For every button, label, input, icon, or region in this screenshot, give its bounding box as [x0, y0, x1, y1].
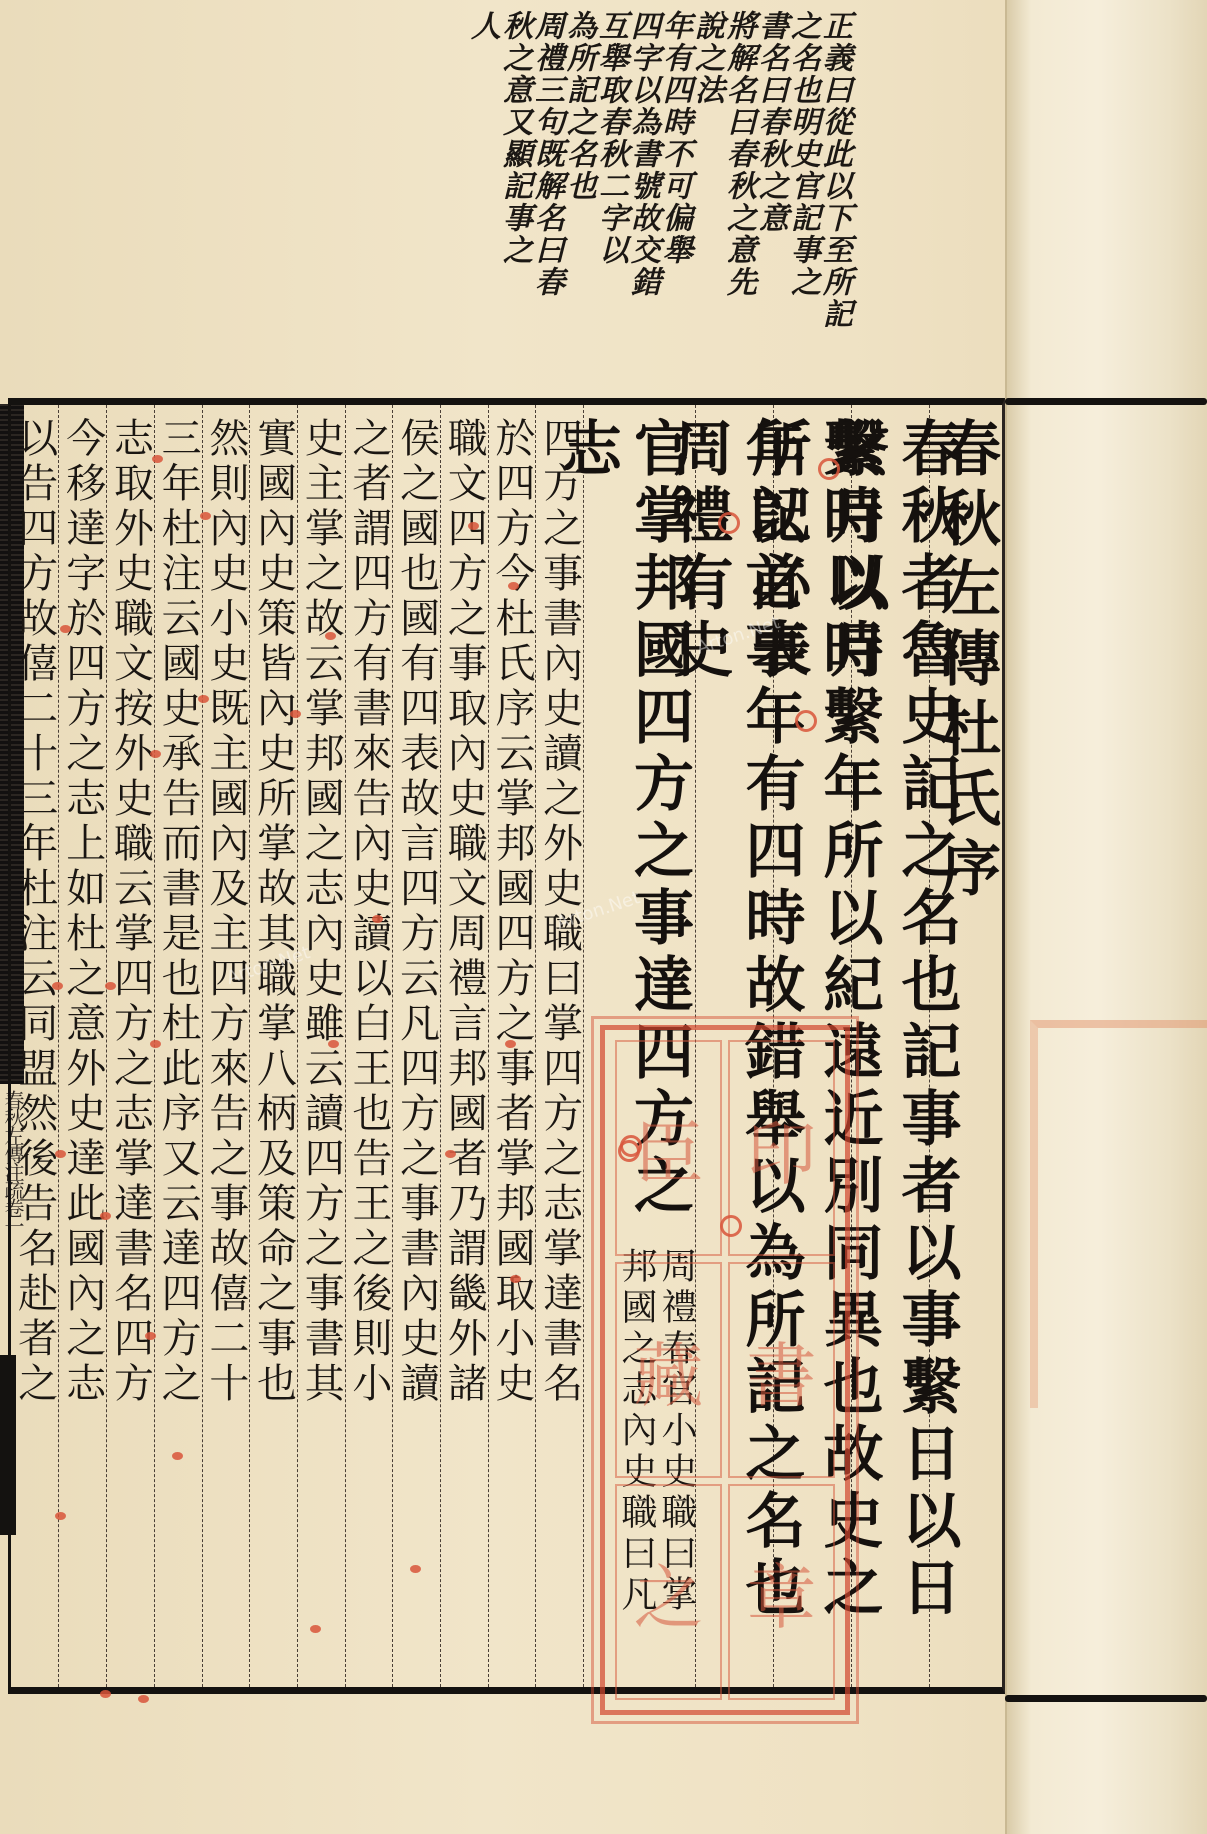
main-text-column: 年以首事年有四時故錯舉以為所記之名也周禮有史	[695, 405, 773, 1687]
annotation-column: 書名曰春秋之意	[754, 10, 786, 400]
punctuation-dot	[505, 1040, 516, 1048]
punctuation-dot	[200, 512, 211, 520]
inline-note-right: 周禮春官小史職曰掌	[657, 1247, 695, 1616]
commentary-text: 今移達字於四方之志上如杜之意外史達此國內之志	[66, 405, 100, 1687]
punctuation-dot	[152, 455, 163, 463]
commentary-text: 侯之國也國有四表故言四方云凡四方之事書內史讀	[400, 405, 434, 1687]
commentary-column: 以告四方故僖二十三年杜注云同盟然後告名赴者之	[11, 405, 58, 1687]
punctuation-dot	[372, 915, 383, 923]
commentary-column: 今移達字於四方之志上如杜之意外史達此國內之志	[58, 405, 106, 1687]
punctuation-ring-mark	[720, 1215, 742, 1237]
commentary-column: 實國內史策皆內史所掌故其職掌八柄及策命之事也	[249, 405, 297, 1687]
annotation-column: 四字以為書號故交錯	[626, 10, 658, 400]
punctuation-dot	[55, 1150, 66, 1158]
commentary-text: 志取外史職文按外史職云掌四方之志掌達書名四方	[113, 405, 147, 1687]
annotation-column: 說之法	[690, 10, 722, 400]
punctuation-ring-mark	[795, 710, 817, 732]
commentary-column: 志取外史職文按外史職云掌四方之志掌達書名四方	[106, 405, 154, 1687]
punctuation-dot	[60, 625, 71, 633]
annotation-column: 周禮三句既解名曰春	[530, 10, 562, 400]
inline-note-left: 邦國之志內史職曰凡	[617, 1247, 655, 1616]
punctuation-dot	[55, 1512, 66, 1520]
punctuation-dot	[468, 522, 479, 530]
punctuation-dot	[145, 1332, 156, 1340]
punctuation-dot	[105, 982, 116, 990]
book-page: 正義曰從此以下至所記 之名也明史官記事之 書名曰春秋之意 將解名曰春秋之意先 說…	[0, 0, 1207, 1834]
commentary-text: 三年杜注云國史承告而書是也杜此序又云達四方之	[161, 405, 195, 1687]
commentary-column: 然則內史小史既主國內及主四方來告之事故僖二十	[202, 405, 250, 1687]
commentary-text: 實國內史策皆內史所掌故其職掌八柄及策命之事也	[257, 405, 291, 1687]
punctuation-dot	[510, 1275, 521, 1283]
commentary-column: 職文四方之事取內史職文周禮言邦國者乃謂畿外諸	[440, 405, 488, 1687]
punctuation-dot	[508, 582, 519, 590]
punctuation-dot	[138, 1695, 149, 1703]
marginal-annotations: 正義曰從此以下至所記 之名也明史官記事之 書名曰春秋之意 將解名曰春秋之意先 說…	[520, 10, 850, 400]
punctuation-dot	[445, 1150, 456, 1158]
annotation-column: 年有四時不可偏舉	[658, 10, 690, 400]
commentary-column: 四方之事書內史讀之外史職曰掌四方之志掌達書名	[535, 405, 583, 1687]
punctuation-dot	[100, 1690, 111, 1698]
punctuation-dot	[310, 1625, 321, 1633]
commentary-text: 然則內史小史既主國內及主四方來告之事故僖二十	[209, 405, 243, 1687]
fold-bottom-rule	[1005, 1695, 1207, 1702]
punctuation-ring-mark	[718, 512, 740, 534]
commentary-text: 四方之事書內史讀之外史職曰掌四方之志掌達書名	[543, 405, 577, 1687]
commentary-text: 以告四方故僖二十三年杜注云同盟然後告名赴者之	[18, 405, 52, 1687]
commentary-column: 之者謂四方有書來告內史讀以白王也告王之後則小	[345, 405, 393, 1687]
punctuation-dot	[150, 1040, 161, 1048]
punctuation-dot	[100, 1212, 111, 1220]
commentary-column: 三年杜注云國史承告而書是也杜此序又云達四方之	[154, 405, 202, 1687]
annotation-column: 人	[466, 10, 498, 400]
annotation-column: 正義曰從此以下至所記	[818, 10, 850, 400]
annotation-column: 為所記之名也	[562, 10, 594, 400]
annotation-column: 互舉取春秋二字以	[594, 10, 626, 400]
punctuation-dot	[325, 632, 336, 640]
punctuation-ring-mark	[818, 458, 840, 480]
punctuation-dot	[172, 1452, 183, 1460]
main-text-column-with-note: 官掌邦國四方之事達四方之志 周禮春官小史職曰掌 邦國之志內史職曰凡	[583, 405, 695, 1687]
punctuation-dot	[198, 695, 209, 703]
punctuation-dot	[52, 982, 63, 990]
punctuation-dot	[328, 1040, 339, 1048]
annotation-column: 之名也明史官記事之	[786, 10, 818, 400]
punctuation-dot	[150, 750, 161, 758]
annotation-column: 秋之意又顯記事之	[498, 10, 530, 400]
punctuation-ring-mark	[618, 1140, 640, 1162]
commentary-text: 之者謂四方有書來告內史讀以白王也告王之後則小	[352, 405, 386, 1687]
next-leaf-fold	[1005, 0, 1207, 1834]
fold-top-rule	[1005, 398, 1207, 405]
punctuation-dot	[290, 710, 301, 718]
commentary-text: 職文四方之事取內史職文周禮言邦國者乃謂畿外諸	[447, 405, 481, 1687]
annotation-column: 將解名曰春秋之意先	[722, 10, 754, 400]
punctuation-dot	[410, 1565, 421, 1573]
commentary-column: 侯之國也國有四表故言四方云凡四方之事書內史讀	[392, 405, 440, 1687]
